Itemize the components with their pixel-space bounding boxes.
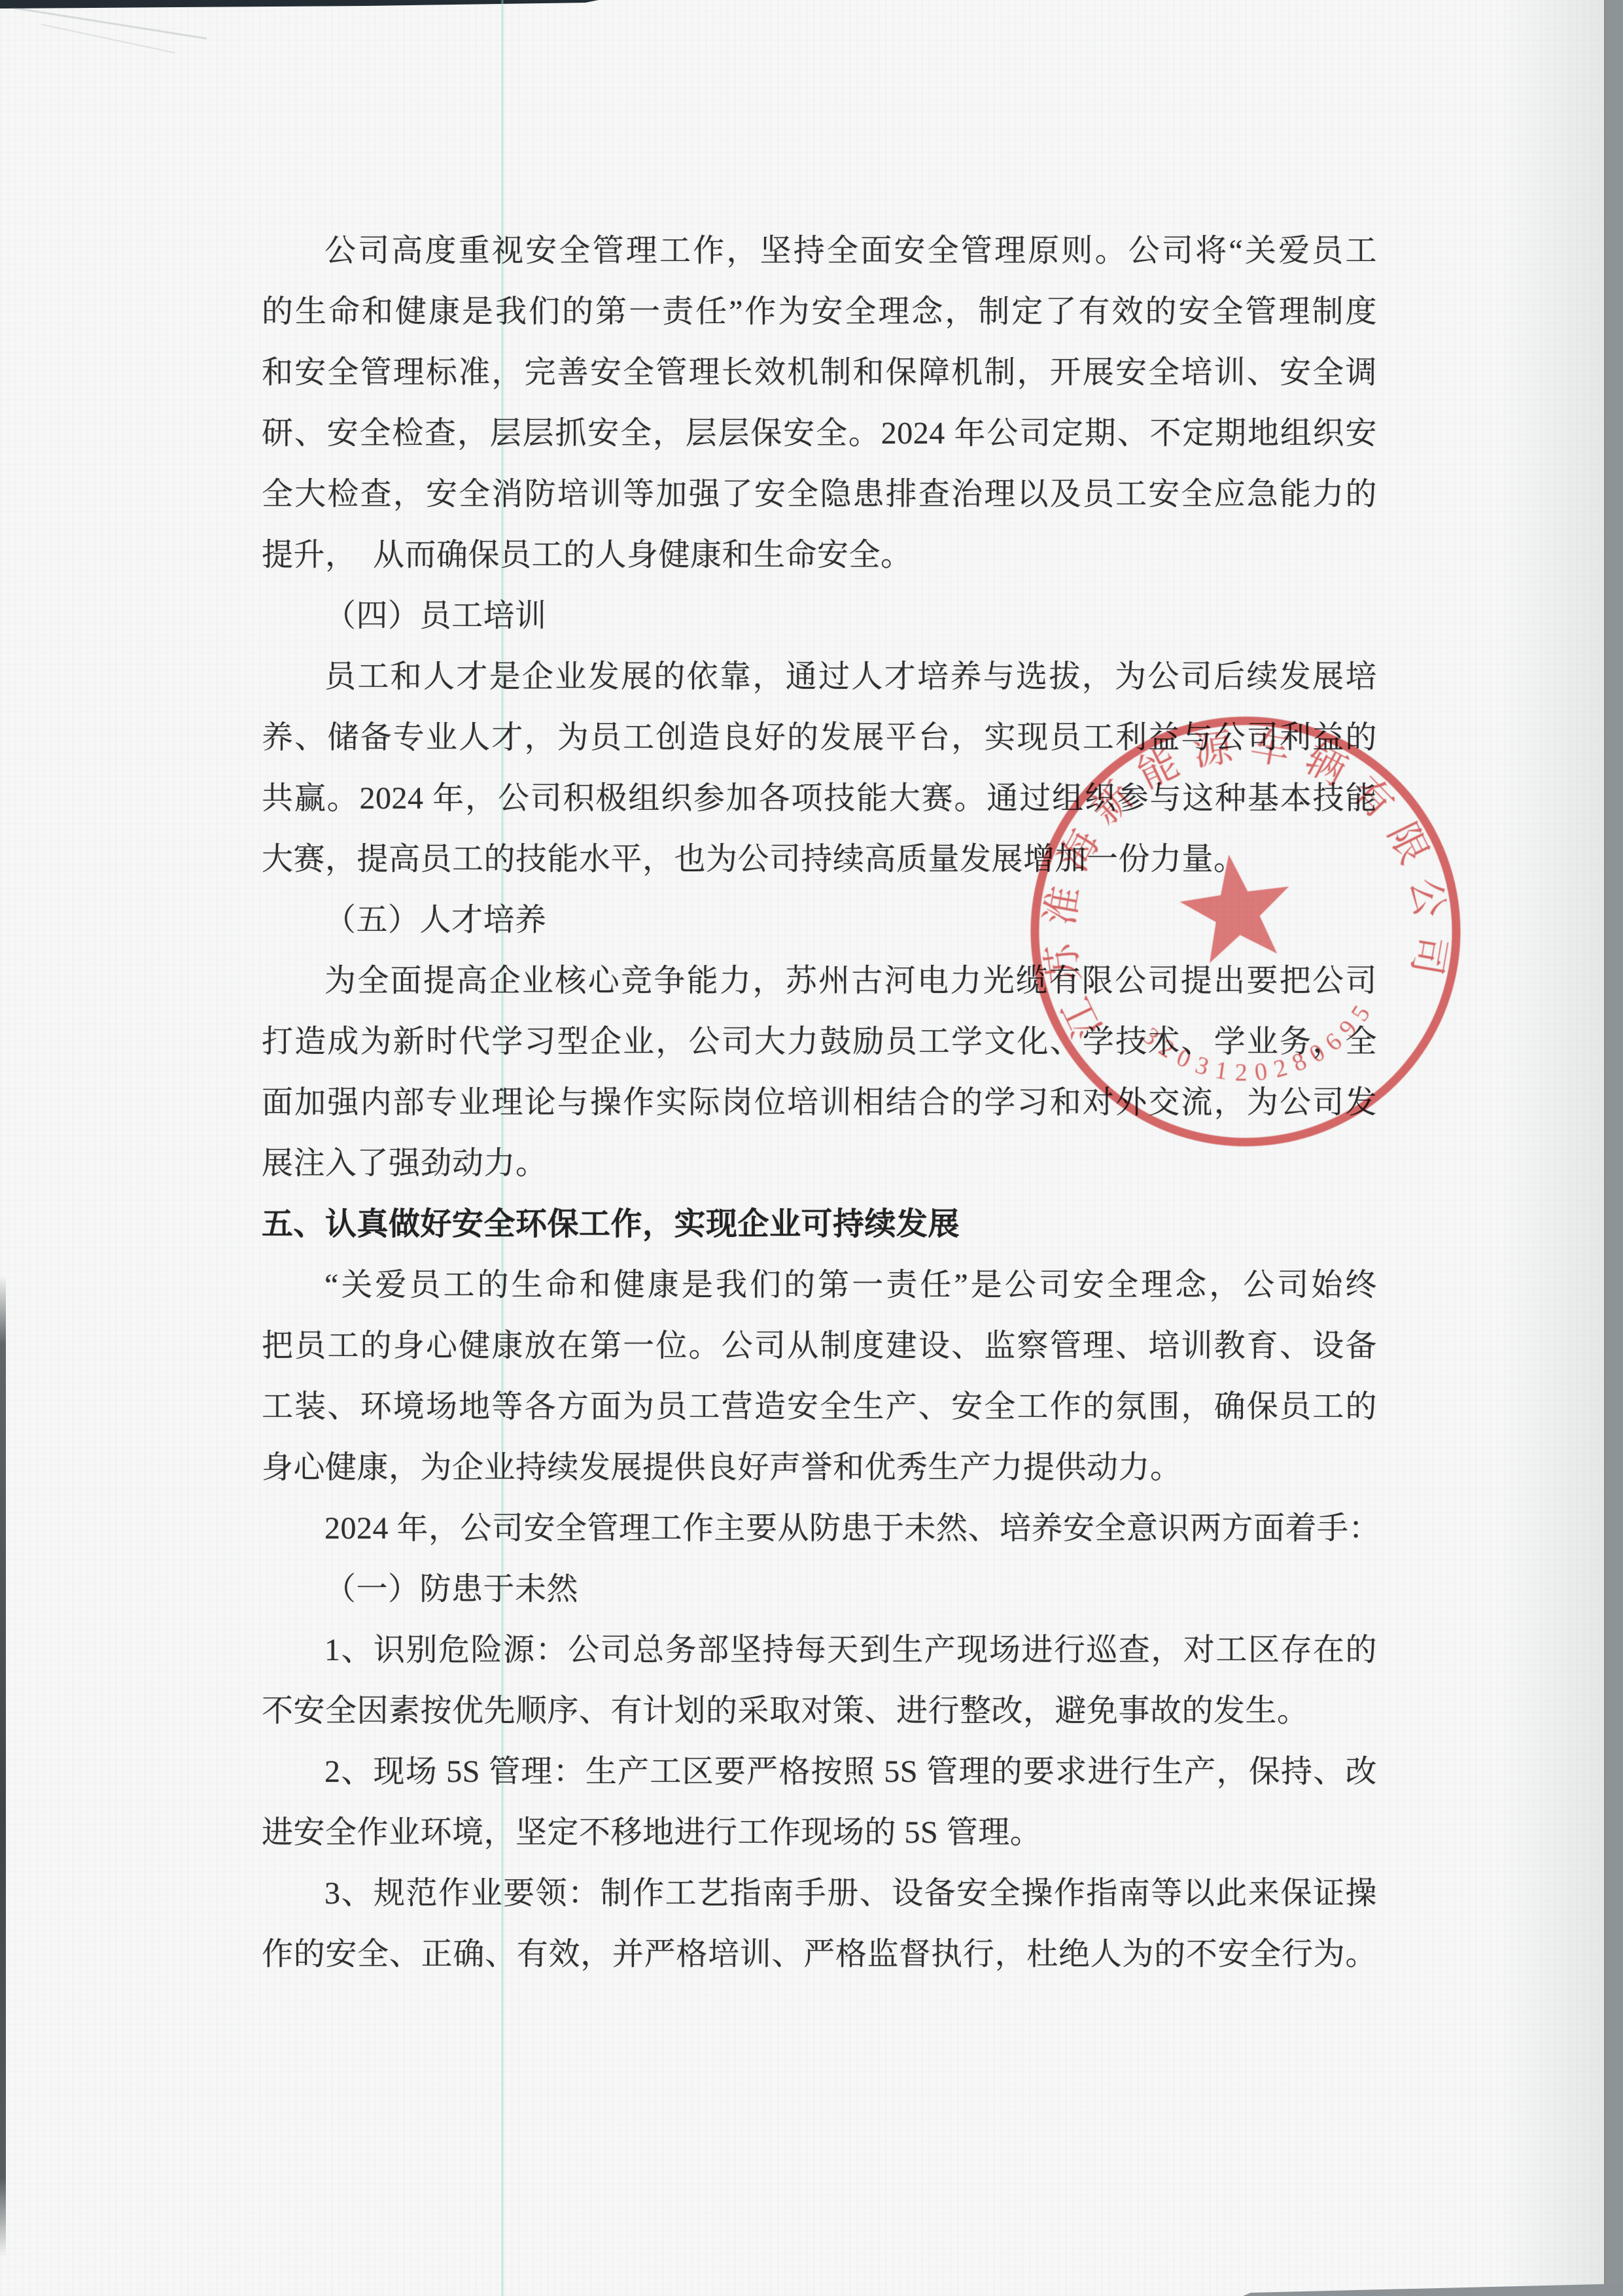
stamp-company-name: 江苏淮海新能源车辆有限公司 (1017, 703, 1462, 1047)
text-line: （一）防患于未然 (262, 1559, 1377, 1620)
text-line: 不安全因素按优先顺序、有计划的采取对策、进行整改，避免事故的发生。 (262, 1680, 1377, 1741)
text-line: 3、规范作业要领：制作工艺指南手册、设备安全操作指南等以此来保证操 (262, 1863, 1377, 1924)
text-line: 提升， 从而确保员工的人身健康和生命安全。 (262, 525, 1377, 585)
text-line: 把员工的身心健康放在第一位。公司从制度建设、监察管理、培训教育、设备 (262, 1315, 1377, 1376)
text-line: 五、认真做好安全环保工作，实现企业可持续发展 (262, 1194, 1377, 1255)
text-line: 员工和人才是企业发展的依靠，通过人才培养与选拔，为公司后续发展培 (262, 646, 1377, 707)
stamp-star (1174, 847, 1298, 966)
text-line: 1、识别危险源：公司总务部坚持每天到生产现场进行巡查，对工区存在的 (262, 1620, 1377, 1680)
text-line: 2、现场 5S 管理：生产工区要严格按照 5S 管理的要求进行生产，保持、改 (262, 1741, 1377, 1802)
text-line: 全大检查，安全消防培训等加强了安全隐患排查治理以及员工安全应急能力的 (262, 464, 1377, 525)
paper-edge-shadow (1501, 0, 1606, 2296)
text-line: 和安全管理标准，完善安全管理长效机制和保障机制，开展安全培训、安全调 (262, 342, 1377, 403)
text-line: 身心健康，为企业持续发展提供良好声誉和优秀生产力提供动力。 (262, 1437, 1377, 1498)
text-line: 进安全作业环境，坚定不移地进行工作现场的 5S 管理。 (262, 1802, 1377, 1863)
text-line: 研、安全检查，层层抓安全，层层保安全。2024 年公司定期、不定期地组织安 (262, 403, 1377, 464)
text-line: 公司高度重视安全管理工作，坚持全面安全管理原则。公司将“关爱员工 (262, 220, 1377, 281)
scan-left-strip (0, 1276, 6, 2257)
company-stamp: 江苏淮海新能源车辆有限公司 3203120280695 (1017, 703, 1475, 1160)
text-line: 2024 年，公司安全管理工作主要从防患于未然、培养安全意识两方面着手： (262, 1498, 1377, 1559)
text-line: （四）员工培训 (262, 585, 1377, 646)
text-line: 作的安全、正确、有效，并严格培训、严格监督执行，杜绝人为的不安全行为。 (262, 1924, 1377, 1985)
text-line: “关爱员工的生命和健康是我们的第一责任”是公司安全理念，公司始终 (262, 1255, 1377, 1315)
text-line: 的生命和健康是我们的第一责任”作为安全理念，制定了有效的安全管理制度 (262, 281, 1377, 342)
text-line: 工装、环境场地等各方面为员工营造安全生产、安全工作的氛围，确保员工的 (262, 1376, 1377, 1437)
stamp-serial-number: 3203120280695 (1135, 991, 1389, 1102)
scan-right-strip (1604, 0, 1623, 2296)
